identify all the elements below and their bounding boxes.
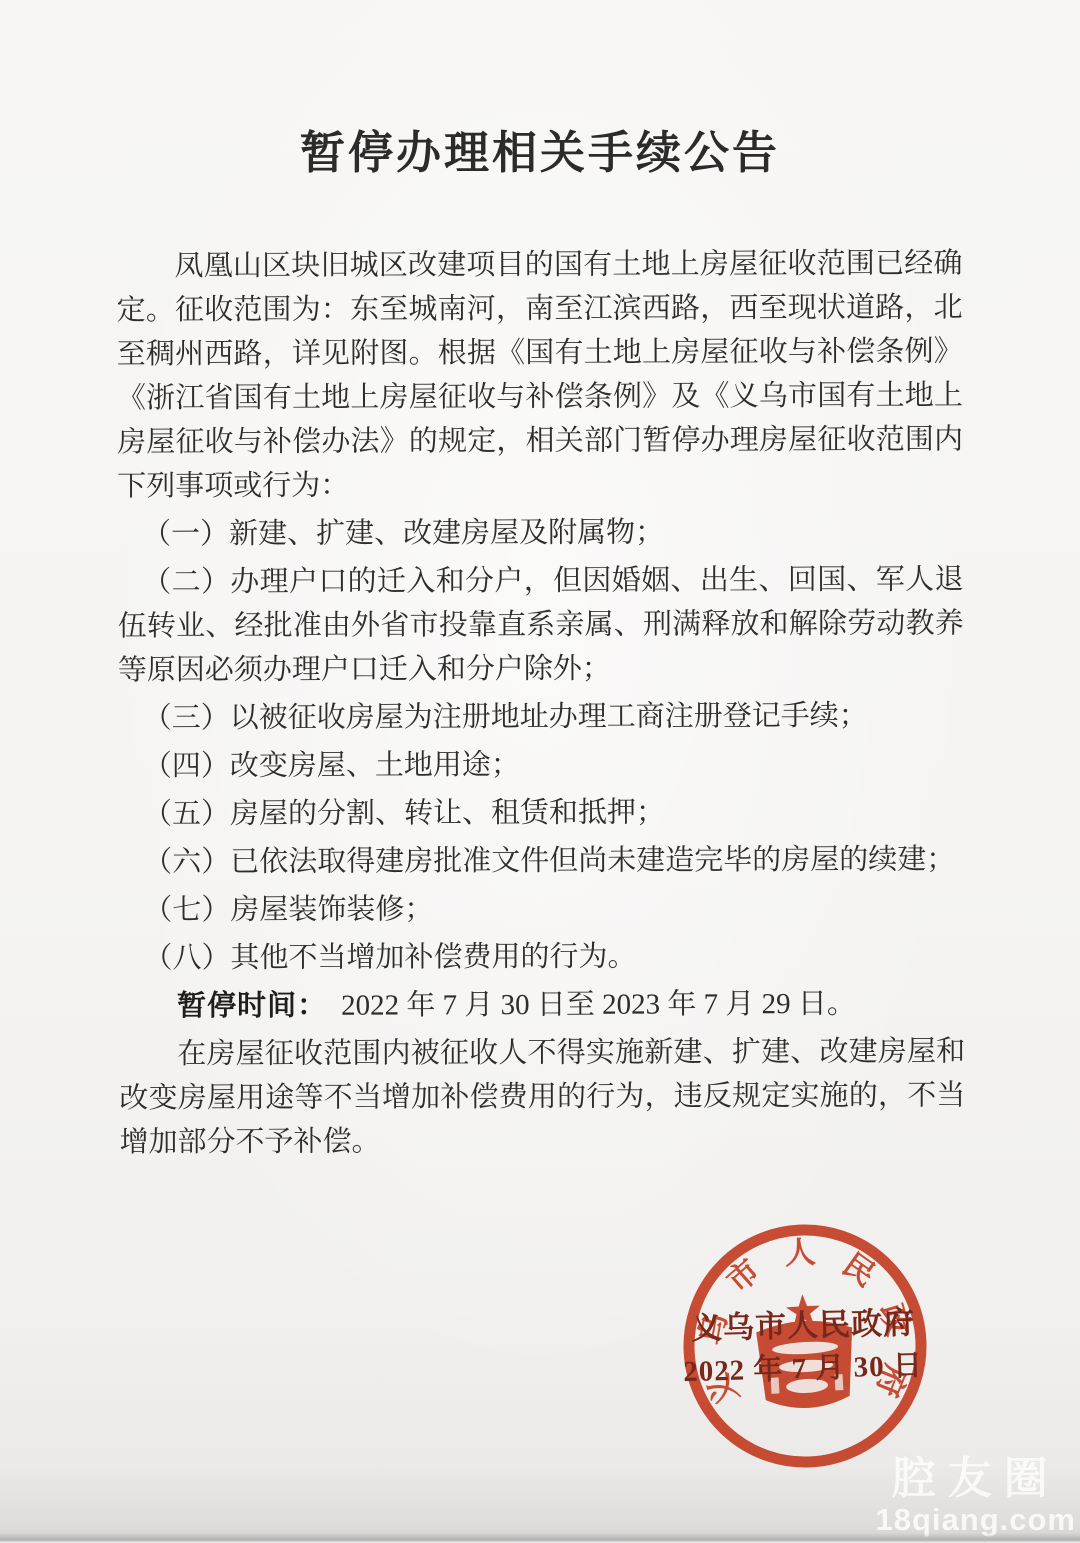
- announcement-body: 凤凰山区块旧城区改建项目的国有土地上房屋征收范围已经确定。征收范围为：东至城南河…: [116, 242, 965, 1165]
- watermark-site-url: 18qiang.com: [876, 1503, 1077, 1537]
- list-item-4: （四）改变房屋、土地用途；: [118, 742, 964, 789]
- watermark-site-name: 腔友圈: [876, 1455, 1077, 1503]
- list-item-7: （七）房屋装饰装修；: [119, 886, 965, 933]
- closing-paragraph: 在房屋征收范围内被征收人不得实施新建、扩建、改建房屋和改变房屋用途等不当增加补偿…: [119, 1030, 965, 1165]
- list-item-1: （一）新建、扩建、改建房屋及附属物；: [117, 510, 963, 557]
- list-item-2: （二）办理户口的迁入和分户，但因婚姻、出生、回国、军人退伍转业、经批准由外省市投…: [117, 558, 963, 693]
- signature-date: 2022 年 7 月 30 日: [678, 1343, 929, 1391]
- watermark: 腔友圈 18qiang.com: [876, 1455, 1077, 1537]
- suspension-value: 2022 年 7 月 30 日至 2023 年 7 月 29 日。: [327, 988, 856, 1022]
- list-item-8: （八）其他不当增加补偿费用的行为。: [119, 934, 965, 981]
- svg-text:人: 人: [784, 1234, 817, 1271]
- signature-authority: 义乌市人民政府: [682, 1297, 923, 1348]
- list-item-6: （六）已依法取得建房批准文件但尚未建造完毕的房屋的续建；: [118, 838, 964, 885]
- suspension-period-line: 暂停时间：2022 年 7 月 30 日至 2023 年 7 月 29 日。: [119, 982, 965, 1029]
- intro-paragraph: 凤凰山区块旧城区改建项目的国有土地上房屋征收范围已经确定。征收范围为：东至城南河…: [116, 242, 963, 509]
- scanned-announcement-page: 暂停办理相关手续公告 凤凰山区块旧城区改建项目的国有土地上房屋征收范围已经确定。…: [0, 0, 1080, 1543]
- suspension-label: 暂停时间：: [177, 990, 327, 1023]
- scan-edge-shadow: [0, 1533, 1080, 1543]
- document-title: 暂停办理相关手续公告: [0, 116, 1080, 181]
- list-item-3: （三）以被征收房屋为注册地址办理工商注册登记手续；: [118, 694, 964, 741]
- list-item-5: （五）房屋的分割、转让、租赁和抵押；: [118, 790, 964, 837]
